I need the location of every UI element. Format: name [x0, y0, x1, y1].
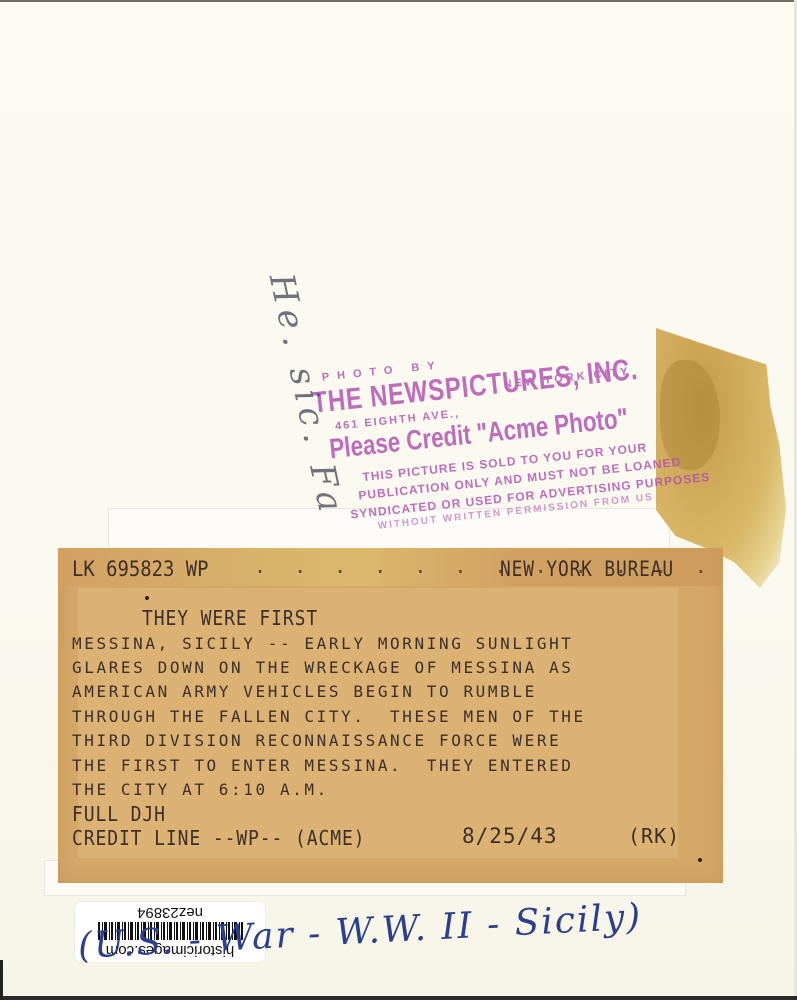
ink-dot: [698, 858, 702, 862]
caption-line: GLARES DOWN ON THE WRECKAGE OF MESSINA A…: [72, 658, 574, 677]
caption-photo-id: LK 695823 WP: [72, 557, 209, 581]
caption-bureau: NEW YORK BUREAU: [500, 557, 674, 581]
caption-credit-line: CREDIT LINE --WP-- (ACME): [72, 826, 365, 850]
caption-full-line: FULL DJH: [72, 802, 166, 826]
bottom-edge: [0, 996, 797, 1000]
left-edge-shadow: [0, 960, 3, 1000]
caption-line: THE CITY AT 6:10 A.M.: [72, 780, 329, 799]
caption-date: 8/25/43: [462, 824, 558, 848]
caption-sheet: LK 695823 WP . . . . . . . . . . . . NEW…: [58, 548, 723, 883]
caption-line: THROUGH THE FALLEN CITY. THESE MEN OF TH…: [72, 707, 586, 726]
caption-line: THIRD DIVISION RECONNAISSANCE FORCE WERE: [72, 731, 561, 750]
caption-line: MESSINA, SICILY -- EARLY MORNING SUNLIGH…: [72, 634, 574, 653]
caption-initials: (RK): [628, 824, 680, 848]
ink-dot: [145, 596, 149, 600]
top-edge: [0, 0, 797, 2]
caption-title: THEY WERE FIRST: [142, 606, 318, 630]
rubber-stamp: PHOTO BY THE NEWSPICTURES, INC. NEW YORK…: [300, 321, 688, 549]
caption-line: THE FIRST TO ENTER MESSINA. THEY ENTERED: [72, 756, 574, 775]
caption-line: AMERICAN ARMY VEHICLES BEGIN TO RUMBLE: [72, 682, 537, 701]
